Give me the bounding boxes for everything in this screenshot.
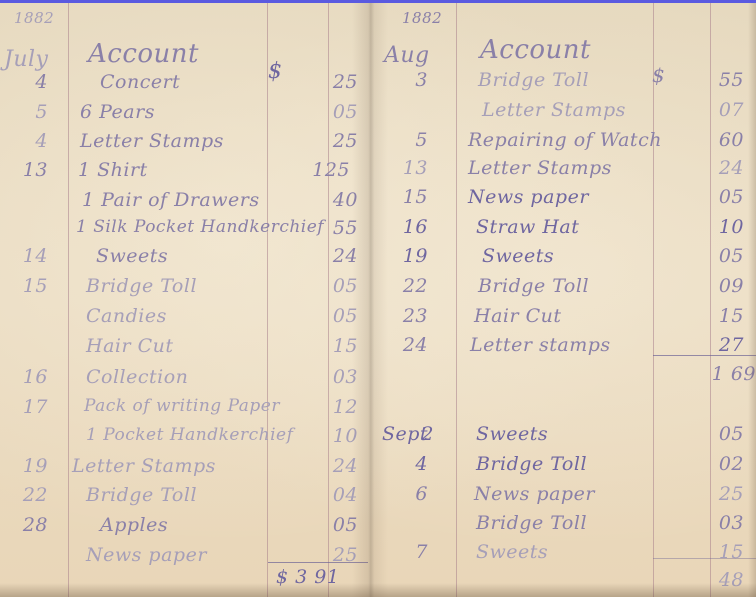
september-total-rule — [653, 558, 756, 559]
entry-item: News paper — [474, 483, 595, 505]
ledger-row: Bridge Toll 03 — [370, 512, 756, 535]
ledger-row: 17 Pack of writing Paper 12 — [0, 396, 370, 419]
entry-item: Pack of writing Paper — [84, 396, 280, 416]
entry-day: 7 — [380, 541, 428, 563]
ledger-row: 15 News paper 05 — [370, 186, 756, 209]
entry-item: Apples — [100, 514, 168, 536]
entry-item: Sweets — [96, 245, 168, 267]
ledger-row: Hair Cut 15 — [0, 335, 370, 358]
entry-item: News paper — [86, 544, 207, 566]
august-subtotal-rule — [653, 355, 756, 356]
entry-day: 5 — [0, 101, 48, 123]
entry-amount: 05 — [306, 305, 358, 327]
entry-amount: 05 — [306, 101, 358, 123]
ledger-row: 13 Letter Stamps 24 — [370, 157, 756, 180]
ledger-row: 5 Repairing of Watch 60 — [370, 129, 756, 152]
august-subtotal: 1 69 — [692, 363, 756, 385]
ledger-row: 22 Bridge Toll 09 — [370, 275, 756, 298]
ledger-row: 6 News paper 25 — [370, 483, 756, 506]
entry-item: Letter stamps — [470, 334, 611, 356]
entry-amount: 15 — [306, 335, 358, 357]
entry-amount: 24 — [692, 157, 744, 179]
ledger-row: 24 Letter stamps 27 — [370, 334, 756, 357]
ledger-row: 3 Bridge Toll 55 — [370, 69, 756, 92]
entry-item: Concert — [100, 71, 180, 93]
entry-day: 6 — [380, 483, 428, 505]
entry-item: Candies — [86, 305, 167, 327]
entry-amount: 03 — [306, 366, 358, 388]
entry-day: 4 — [0, 130, 48, 152]
entry-item: News paper — [468, 186, 589, 208]
ledger-row: 1 Pocket Handkerchief 10 — [0, 425, 370, 448]
month-label: Aug — [384, 43, 430, 68]
ledger-row: 4 Concert 25 — [0, 71, 370, 94]
entry-item: Bridge Toll — [476, 512, 587, 534]
entry-amount: 15 — [692, 541, 744, 563]
ref-column-rule — [653, 3, 654, 597]
entry-day: 2 — [390, 423, 434, 445]
left-page: 1882 July Account $ 4 Concert 25 5 6 Pea… — [0, 3, 370, 597]
entry-day: 4 — [0, 71, 48, 93]
total-rule — [268, 562, 368, 563]
entry-item: 6 Pears — [80, 101, 155, 123]
month-label: July — [4, 47, 48, 72]
entry-day: 16 — [380, 216, 428, 238]
entry-amount: 55 — [306, 217, 358, 239]
entry-item: Straw Hat — [476, 216, 579, 238]
entry-item: Sweets — [476, 423, 548, 445]
ledger-row: 4 Bridge Toll 02 — [370, 453, 756, 476]
entry-item: Bridge Toll — [478, 69, 589, 91]
ledger-row: 1 Pair of Drawers 40 — [0, 189, 370, 212]
entry-amount: 25 — [306, 71, 358, 93]
entry-item: 1 Pair of Drawers — [82, 189, 260, 211]
entry-item: Bridge Toll — [86, 484, 197, 506]
ledger-book: 1882 July Account $ 4 Concert 25 5 6 Pea… — [0, 3, 756, 597]
ledger-row: 15 Bridge Toll 05 — [0, 275, 370, 298]
ledger-row: 13 1 Shirt 125 — [0, 159, 370, 182]
page-edge-shadow — [748, 3, 756, 597]
entry-amount: 24 — [306, 455, 358, 477]
ledger-row: 16 Collection 03 — [0, 366, 370, 389]
entry-amount: 10 — [692, 216, 744, 238]
entry-amount: 03 — [692, 512, 744, 534]
ledger-row: 2 Sweets 05 — [370, 423, 756, 446]
year-label: 1882 — [402, 9, 442, 27]
ledger-row: Candies 05 — [0, 305, 370, 328]
entry-day: 13 — [380, 157, 428, 179]
entry-item: Bridge Toll — [476, 453, 587, 475]
entry-day: 19 — [380, 245, 428, 267]
ledger-row: 22 Bridge Toll 04 — [0, 484, 370, 507]
ledger-row: 19 Sweets 05 — [370, 245, 756, 268]
entry-day: 19 — [0, 455, 48, 477]
ledger-row: 16 Straw Hat 10 — [370, 216, 756, 239]
entry-day: 15 — [0, 275, 48, 297]
ledger-row: 19 Letter Stamps 24 — [0, 455, 370, 478]
ledger-row: 5 6 Pears 05 — [0, 101, 370, 124]
column-header-account: Account — [480, 35, 591, 65]
entry-day: 28 — [0, 514, 48, 536]
entry-day: 13 — [0, 159, 48, 181]
entry-day: 24 — [380, 334, 428, 356]
entry-item: Repairing of Watch — [468, 129, 662, 151]
entry-day: 4 — [380, 453, 428, 475]
column-header-account: Account — [88, 39, 199, 69]
entry-item: Sweets — [476, 541, 548, 563]
entry-amount: 05 — [692, 186, 744, 208]
right-page: 1882 Aug Account $ 3 Bridge Toll 55 Lett… — [370, 3, 756, 597]
entry-item: Sweets — [482, 245, 554, 267]
entry-day: 16 — [0, 366, 48, 388]
entry-amount: 55 — [692, 69, 744, 91]
entry-day: 15 — [380, 186, 428, 208]
entry-item: Letter Stamps — [80, 130, 224, 152]
date-column-rule — [456, 3, 457, 597]
entry-item: Bridge Toll — [86, 275, 197, 297]
entry-amount: 24 — [306, 245, 358, 267]
entry-amount: 05 — [306, 275, 358, 297]
ledger-row: 23 Hair Cut 15 — [370, 305, 756, 328]
amount-column-rule — [710, 3, 711, 597]
entry-amount: 60 — [692, 129, 744, 151]
entry-amount: 05 — [692, 423, 744, 445]
entry-item: 1 Shirt — [78, 159, 148, 181]
entry-item: Letter Stamps — [468, 157, 612, 179]
entry-item: Bridge Toll — [478, 275, 589, 297]
entry-item: Hair Cut — [86, 335, 174, 357]
entry-amount: 15 — [692, 305, 744, 327]
entry-amount: 04 — [306, 484, 358, 506]
entry-amount: 27 — [692, 334, 744, 356]
entry-amount: 05 — [306, 514, 358, 536]
entry-amount: 10 — [306, 425, 358, 447]
ledger-row: 14 Sweets 24 — [0, 245, 370, 268]
entry-day: 23 — [380, 305, 428, 327]
entry-amount: 07 — [692, 99, 744, 121]
entry-item: Collection — [86, 366, 188, 388]
entry-item: Letter Stamps — [72, 455, 216, 477]
entry-amount: 40 — [306, 189, 358, 211]
year-label: 1882 — [14, 9, 54, 27]
entry-day: 5 — [380, 129, 428, 151]
ledger-row: News paper 25 — [0, 544, 370, 567]
entry-amount: 25 — [306, 130, 358, 152]
ledger-row: 7 Sweets 15 — [370, 541, 756, 564]
entry-amount: 25 — [692, 483, 744, 505]
entry-amount: 05 — [692, 245, 744, 267]
entry-item: Hair Cut — [474, 305, 562, 327]
entry-item: Letter Stamps — [482, 99, 626, 121]
ledger-row: 28 Apples 05 — [0, 514, 370, 537]
entry-day: 14 — [0, 245, 48, 267]
entry-day: 17 — [0, 396, 48, 418]
entry-amount: 02 — [692, 453, 744, 475]
entry-item: 1 Silk Pocket Handkerchief — [76, 217, 324, 237]
entry-day: 22 — [0, 484, 48, 506]
entry-amount: 09 — [692, 275, 744, 297]
entry-amount: 12 — [306, 396, 358, 418]
entry-day: 22 — [380, 275, 428, 297]
entry-item: 1 Pocket Handkerchief — [86, 425, 293, 445]
entry-amount: 125 — [298, 159, 350, 181]
entry-day: 3 — [380, 69, 428, 91]
bottom-edge-shadow — [0, 583, 756, 597]
ledger-row: Letter Stamps 07 — [370, 99, 756, 122]
ledger-row: 1 Silk Pocket Handkerchief 55 — [0, 217, 370, 240]
ledger-row: 4 Letter Stamps 25 — [0, 130, 370, 153]
